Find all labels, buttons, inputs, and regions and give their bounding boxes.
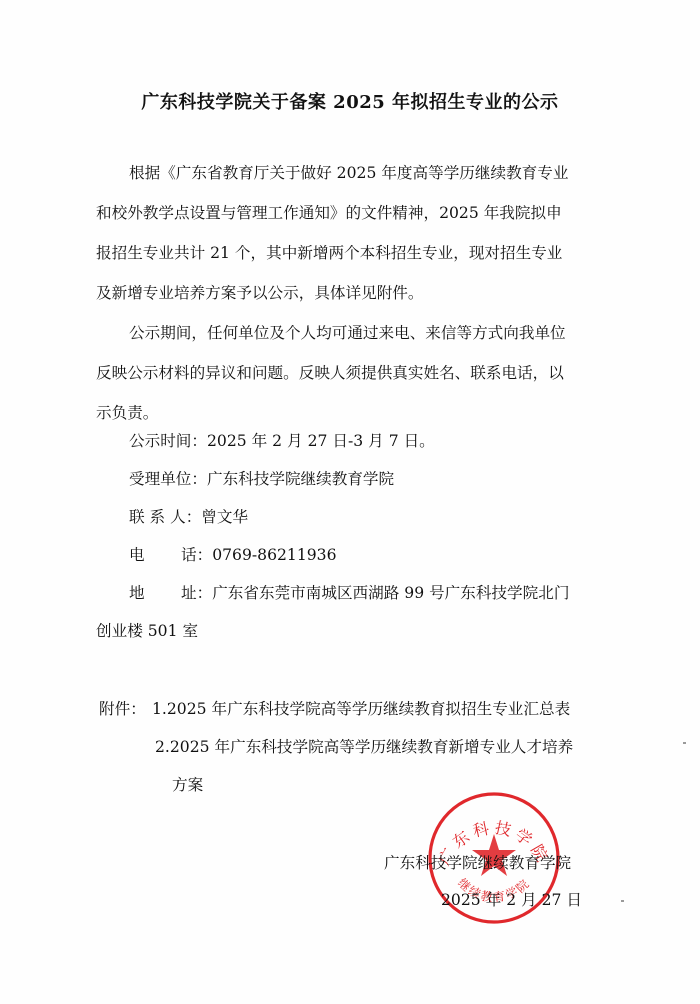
attachments-label: 附件： xyxy=(99,699,146,719)
period-row: 公示时间：2025 年 2 月 27 日-3 月 7 日。 xyxy=(129,431,435,451)
contact-label: 联 系 人： xyxy=(129,508,201,526)
scan-speck xyxy=(683,742,686,744)
paragraph-2-line-1: 公示期间，任何单位及个人均可通过来电、来信等方式向我单位 xyxy=(129,323,566,343)
address-label-suffix: 址： xyxy=(181,584,212,602)
document-page: 广东科技学院关于备案 2025 年拟招生专业的公示 根据《广东省教育厅关于做好 … xyxy=(0,0,700,1004)
paragraph-1-line-3: 报招生专业共计 21 个，其中新增两个本科招生专业，现对招生专业 xyxy=(96,243,562,263)
phone-row: 电 xyxy=(129,545,145,565)
address-row-value: 址：广东省东莞市南城区西湖路 99 号广东科技学院北门 xyxy=(181,583,569,603)
unit-row: 受理单位：广东科技学院继续教育学院 xyxy=(129,469,394,489)
address-value-line-2: 创业楼 501 室 xyxy=(96,621,198,641)
paragraph-1-line-4: 及新增专业培养方案予以公示，具体详见附件。 xyxy=(96,283,423,303)
phone-label-suffix: 话： xyxy=(181,546,212,564)
document-title: 广东科技学院关于备案 2025 年拟招生专业的公示 xyxy=(0,88,700,114)
period-value: 2025 年 2 月 27 日-3 月 7 日。 xyxy=(207,432,435,450)
paragraph-1-line-1: 根据《广东省教育厅关于做好 2025 年度高等学历继续教育专业 xyxy=(129,163,568,183)
phone-value: 0769-86211936 xyxy=(212,546,336,564)
period-label: 公示时间： xyxy=(129,432,207,450)
attachment-item-2[interactable]: 2.2025 年广东科技学院高等学历继续教育新增专业人才培养 xyxy=(155,737,573,757)
signature-date: 2025 年 2 月 27 日 xyxy=(441,890,582,910)
phone-row-value: 话：0769-86211936 xyxy=(181,545,337,565)
attachment-item-2-continued[interactable]: 方案 xyxy=(172,775,203,795)
contact-value: 曾文华 xyxy=(201,508,248,526)
address-value-line-1: 广东省东莞市南城区西湖路 99 号广东科技学院北门 xyxy=(212,584,569,602)
address-row: 地 xyxy=(129,583,145,603)
paragraph-1-line-2: 和校外教学点设置与管理工作通知》的文件精神，2025 年我院拟申 xyxy=(96,203,562,223)
unit-value: 广东科技学院继续教育学院 xyxy=(207,470,394,488)
paragraph-2-line-3: 示负责。 xyxy=(96,403,158,423)
attachment-item-1[interactable]: 1.2025 年广东科技学院高等学历继续教育拟招生专业汇总表 xyxy=(152,699,570,719)
scan-speck xyxy=(621,900,624,902)
phone-label: 电 xyxy=(129,546,145,564)
paragraph-2-line-2: 反映公示材料的异议和问题。反映人须提供真实姓名、联系电话，以 xyxy=(96,363,564,383)
signature-organization: 广东科技学院继续教育学院 xyxy=(384,853,571,873)
address-label: 地 xyxy=(129,584,145,602)
unit-label: 受理单位： xyxy=(129,470,207,488)
contact-row: 联 系 人：曾文华 xyxy=(129,507,248,527)
